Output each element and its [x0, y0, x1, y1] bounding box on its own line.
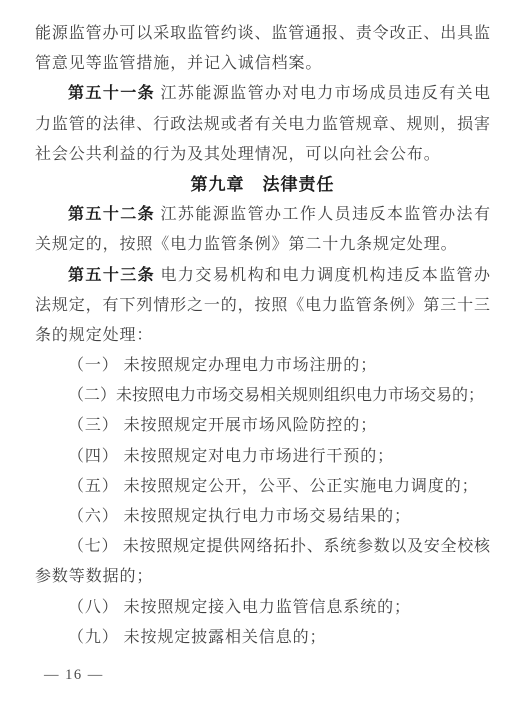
list-item-line: （九） 未按规定披露相关信息的；	[35, 623, 490, 653]
body-text: （八） 未按照规定接入电力监管信息系统的；	[68, 599, 411, 616]
paragraph-line: 第五十二条 江苏能源监管办工作人员违反本监管办法有	[35, 200, 490, 230]
paragraph-line: 社会公共利益的行为及其处理情况，可以向社会公布。	[35, 140, 490, 170]
emphasis-text: 第五十二条	[68, 206, 155, 223]
body-text: 江苏能源监管办对电力市场成员违反有关电	[155, 85, 490, 102]
paragraph-line: 第五十一条 江苏能源监管办对电力市场成员违反有关电	[35, 79, 490, 109]
body-text: 力监管的法律、行政法规或者有关电力监管规章、规则，损害	[35, 116, 490, 133]
list-item-line: （六） 未按照规定执行电力市场交易结果的；	[35, 502, 490, 532]
body-text: 条的规定处理：	[35, 327, 153, 344]
list-item-line: （五） 未按照规定公开，公平、公正实施电力调度的；	[35, 472, 490, 502]
paragraph-line: 法规定，有下列情形之一的，按照《电力监管条例》第三十三	[35, 291, 490, 321]
list-item-line: （四） 未按照规定对电力市场进行干预的；	[35, 442, 490, 472]
body-text: （三） 未按照规定开展市场风险防控的；	[68, 417, 377, 434]
body-text: 管意见等监管措施，并记入诚信档案。	[35, 55, 322, 72]
body-text: （四） 未按照规定对电力市场进行干预的；	[68, 448, 394, 465]
document-page: 能源监管办可以采取监管约谈、监管通报、责令改正、出具监管意见等监管措施，并记入诚…	[0, 0, 525, 709]
document-content: 能源监管办可以采取监管约谈、监管通报、责令改正、出具监管意见等监管措施，并记入诚…	[35, 19, 490, 653]
list-item-line: （二）未按照电力市场交易相关规则组织电力市场交易的；	[35, 381, 490, 411]
paragraph-line: 力监管的法律、行政法规或者有关电力监管规章、规则，损害	[35, 110, 490, 140]
paragraph-line: 能源监管办可以采取监管约谈、监管通报、责令改正、出具监	[35, 19, 490, 49]
list-item-line: （七） 未按照规定提供网络拓扑、系统参数以及安全校核	[35, 532, 490, 562]
paragraph-line: 条的规定处理：	[35, 321, 490, 351]
chapter-heading: 第九章 法律责任	[35, 170, 490, 200]
body-text: 法规定，有下列情形之一的，按照《电力监管条例》第三十三	[35, 297, 490, 314]
emphasis-text: 第九章 法律责任	[191, 175, 335, 194]
body-text: 关规定的，按照《电力监管条例》第二十九条规定处理。	[35, 236, 458, 253]
body-text: （一） 未按照规定办理电力市场注册的；	[68, 357, 377, 374]
body-text: （二）未按照电力市场交易相关规则组织电力市场交易的；	[68, 387, 484, 404]
body-text: （五） 未按照规定公开，公平、公正实施电力调度的；	[68, 478, 479, 495]
page-number: — 16 —	[44, 665, 104, 685]
body-text: 参数等数据的；	[35, 568, 153, 585]
list-item-line: （八） 未按照规定接入电力监管信息系统的；	[35, 593, 490, 623]
body-text: 江苏能源监管办工作人员违反本监管办法有	[155, 206, 490, 223]
body-text: （六） 未按照规定执行电力市场交易结果的；	[68, 508, 411, 525]
paragraph-line: 关规定的，按照《电力监管条例》第二十九条规定处理。	[35, 230, 490, 260]
list-item-line: （一） 未按照规定办理电力市场注册的；	[35, 351, 490, 381]
emphasis-text: 第五十三条	[68, 267, 155, 284]
body-text: （九） 未按规定披露相关信息的；	[68, 629, 326, 646]
body-text: 能源监管办可以采取监管约谈、监管通报、责令改正、出具监	[35, 25, 490, 42]
paragraph-line: 管意见等监管措施，并记入诚信档案。	[35, 49, 490, 79]
paragraph-line: 参数等数据的；	[35, 562, 490, 592]
list-item-line: （三） 未按照规定开展市场风险防控的；	[35, 411, 490, 441]
body-text: 电力交易机构和电力调度机构违反本监管办	[155, 267, 490, 284]
body-text: （七） 未按照规定提供网络拓扑、系统参数以及安全校核	[68, 538, 490, 555]
paragraph-line: 第五十三条 电力交易机构和电力调度机构违反本监管办	[35, 261, 490, 291]
body-text: 社会公共利益的行为及其处理情况，可以向社会公布。	[35, 146, 441, 163]
emphasis-text: 第五十一条	[68, 85, 155, 102]
